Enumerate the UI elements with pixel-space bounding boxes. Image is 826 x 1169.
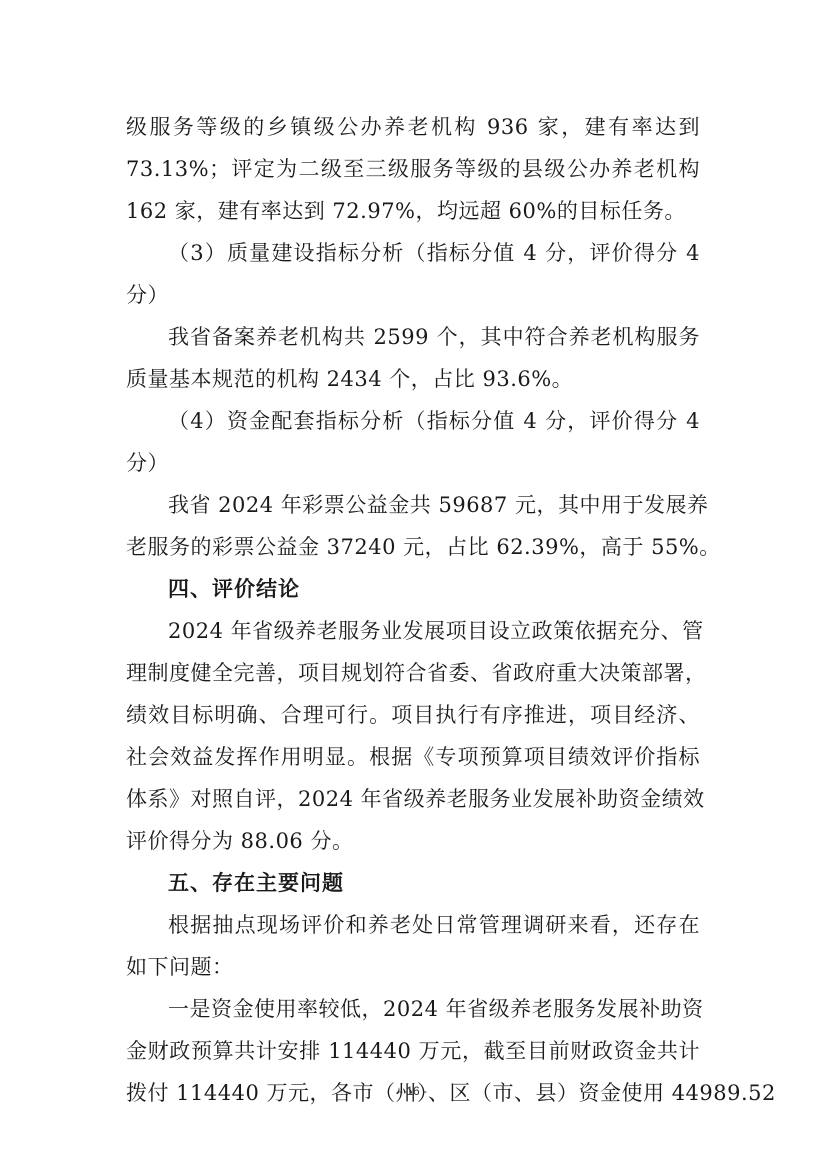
text-line: 老服务的彩票公益金 37240 元，占比 62.39%，高于 55%。 <box>126 526 700 568</box>
text-line: 如下问题： <box>126 946 700 988</box>
text-line: 分） <box>126 442 700 484</box>
text-line: 质量基本规范的机构 2434 个，占比 93.6%。 <box>126 358 700 400</box>
text-line: 我省备案养老机构共 2599 个，其中符合养老机构服务 <box>126 316 700 358</box>
text-line: 分） <box>126 274 700 316</box>
document-body: 级服务等级的乡镇级公办养老机构 936 家，建有率达到 73.13%；评定为二级… <box>126 106 700 1114</box>
text-line: 2024 年省级养老服务业发展项目设立政策依据充分、管 <box>126 610 700 652</box>
text-line: 162 家，建有率达到 72.97%，均远超 60%的目标任务。 <box>126 190 700 232</box>
page-number: - 16 - <box>0 1084 826 1098</box>
text-line: 金财政预算共计安排 114440 万元，截至目前财政资金共计 <box>126 1030 700 1072</box>
section-heading-problems: 五、存在主要问题 <box>126 862 700 904</box>
text-line: 绩效目标明确、合理可行。项目执行有序推进，项目经济、 <box>126 694 700 736</box>
text-line: 评价得分为 88.06 分。 <box>126 820 700 862</box>
text-line: 73.13%；评定为二级至三级服务等级的县级公办养老机构 <box>126 148 700 190</box>
section-subheading-4: （4）资金配套指标分析（指标分值 4 分，评价得分 4 <box>126 400 700 442</box>
section-subheading-3: （3）质量建设指标分析（指标分值 4 分，评价得分 4 <box>126 232 700 274</box>
document-page: 级服务等级的乡镇级公办养老机构 936 家，建有率达到 73.13%；评定为二级… <box>0 0 826 1169</box>
text-line: 根据抽点现场评价和养老处日常管理调研来看，还存在 <box>126 904 700 946</box>
text-line: 体系》对照自评，2024 年省级养老服务业发展补助资金绩效 <box>126 778 700 820</box>
text-line: 社会效益发挥作用明显。根据《专项预算项目绩效评价指标 <box>126 736 700 778</box>
text-line: 理制度健全完善，项目规划符合省委、省政府重大决策部署， <box>126 652 700 694</box>
text-line: 一是资金使用率较低，2024 年省级养老服务发展补助资 <box>126 988 700 1030</box>
section-heading-conclusion: 四、评价结论 <box>126 568 700 610</box>
text-line: 级服务等级的乡镇级公办养老机构 936 家，建有率达到 <box>126 106 700 148</box>
text-line: 我省 2024 年彩票公益金共 59687 元，其中用于发展养 <box>126 484 700 526</box>
